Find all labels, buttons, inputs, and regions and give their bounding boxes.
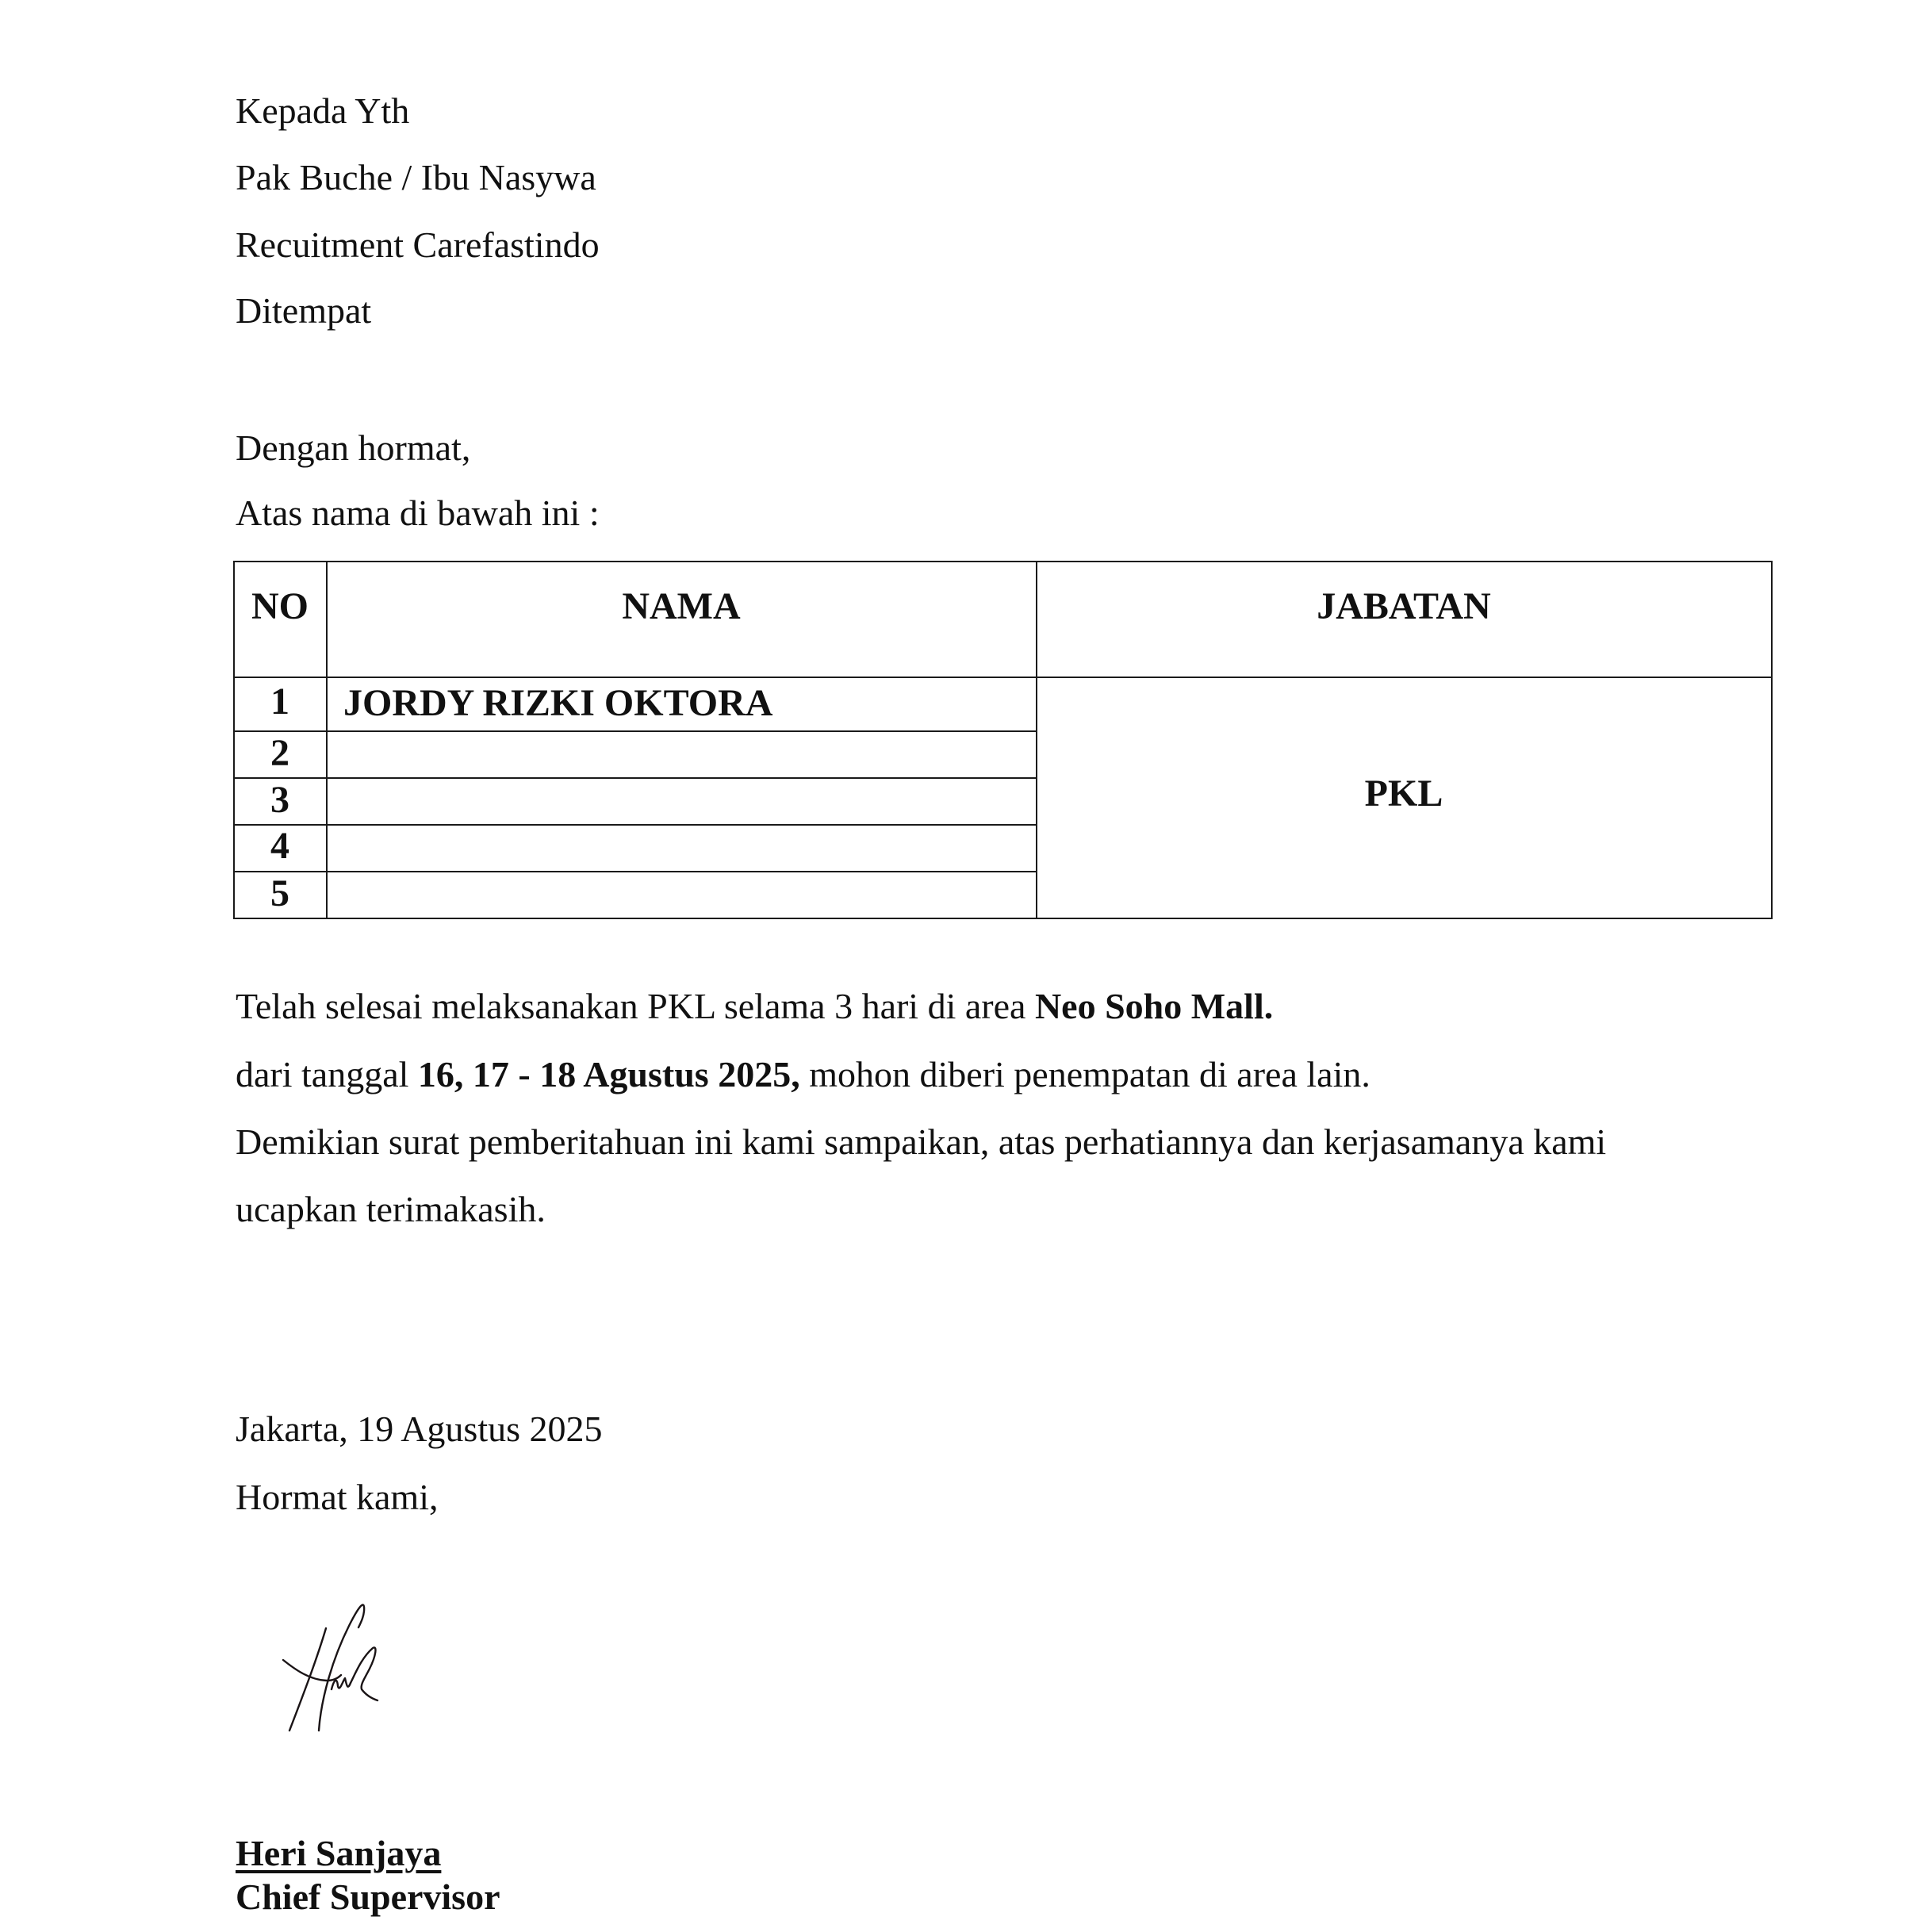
- row-no: 2: [270, 734, 289, 772]
- date-range: 16, 17 - 18 Agustus 2025,: [418, 1054, 800, 1094]
- table-border-right: [1771, 561, 1773, 919]
- header-jabatan: JABATAN: [1317, 588, 1491, 626]
- table-row-divider: [233, 730, 1037, 732]
- recipient-location: Ditempat: [236, 293, 371, 329]
- signatory-name: Heri Sanjaya: [236, 1835, 441, 1872]
- body-line-4: ucapkan terimakasih.: [236, 1191, 546, 1228]
- table-border-left: [233, 561, 235, 919]
- table-border-bottom: [233, 918, 1773, 919]
- intro-text: Atas nama di bawah ini :: [236, 495, 600, 531]
- row-no: 5: [270, 875, 289, 913]
- table-row-divider: [233, 871, 1037, 872]
- regards: Hormat kami,: [236, 1479, 439, 1516]
- body-line-2-suffix: mohon diberi penempatan di area lain.: [800, 1054, 1370, 1094]
- body-line-1-text: Telah selesai melaksanakan PKL selama 3 …: [236, 986, 1035, 1026]
- header-nama: NAMA: [622, 588, 740, 626]
- jabatan-merged-cell: PKL: [1365, 775, 1443, 813]
- place-date: Jakarta, 19 Agustus 2025: [236, 1411, 603, 1447]
- body-line-2: dari tanggal 16, 17 - 18 Agustus 2025, m…: [236, 1056, 1370, 1093]
- table-row-divider: [233, 777, 1037, 779]
- body-line-1: Telah selesai melaksanakan PKL selama 3 …: [236, 988, 1273, 1025]
- recipient-names: Pak Buche / Ibu Nasywa: [236, 159, 596, 196]
- greeting: Dengan hormat,: [236, 430, 470, 466]
- table-col-divider-no: [326, 561, 328, 919]
- row-no: 1: [270, 683, 289, 721]
- recipient-department: Recuitment Carefastindo: [236, 227, 600, 263]
- signature-icon: [278, 1598, 389, 1749]
- signatory-title: Chief Supervisor: [236, 1879, 500, 1915]
- table-col-divider-nama: [1036, 561, 1037, 919]
- table-row-divider: [233, 824, 1037, 826]
- recipient-salutation: Kepada Yth: [236, 93, 409, 129]
- area-name: Neo Soho Mall.: [1035, 986, 1273, 1026]
- body-line-3: Demikian surat pemberitahuan ini kami sa…: [236, 1124, 1606, 1160]
- table-border-top: [233, 561, 1773, 562]
- row-no: 4: [270, 827, 289, 865]
- body-line-2-prefix: dari tanggal: [236, 1054, 418, 1094]
- row-nama: JORDY RIZKI OKTORA: [343, 684, 772, 723]
- row-no: 3: [270, 781, 289, 819]
- header-no: NO: [251, 588, 309, 626]
- participant-table: NO NAMA JABATAN 1 2 3 4 5 JORDY RIZKI OK…: [233, 561, 1773, 919]
- table-header-divider: [233, 677, 1773, 678]
